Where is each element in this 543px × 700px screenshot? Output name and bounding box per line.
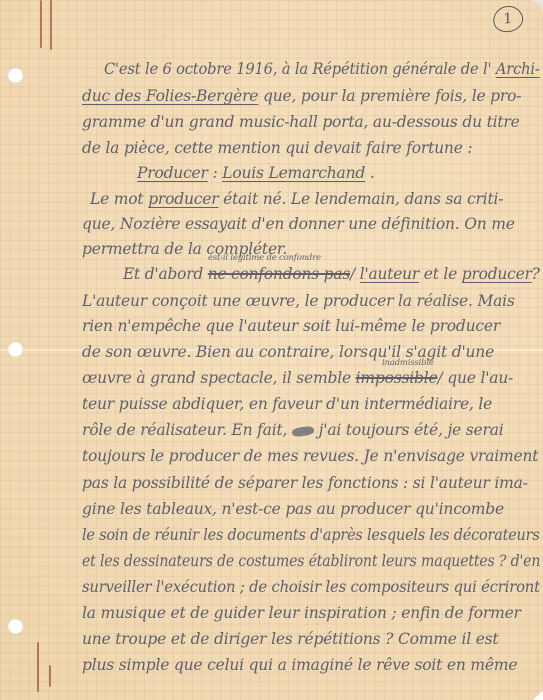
text-line: une troupe et de diriger les répétitions… [82, 630, 498, 648]
text-line: L'auteur conçoit une œuvre, le producer … [82, 292, 515, 310]
text-line: pas la possibilité de séparer les foncti… [82, 474, 528, 492]
text-line: que, Nozière essayait d'en donner une dé… [82, 215, 515, 233]
staple-mark [37, 642, 39, 692]
text-line: et les dessinateurs de costumes établiro… [82, 552, 540, 570]
text-line: C'est le 6 octobre 1916, à la Répétition… [104, 60, 540, 78]
text-line: Et d'abord ne confondons pas/ l'auteur e… [123, 265, 540, 283]
text-line: gramme d'un grand music-hall porta, au-d… [82, 113, 520, 131]
binder-hole-middle [8, 342, 23, 357]
text-line: de la pièce, cette mention qui devait fa… [82, 139, 472, 157]
interlinear-correction: est-il légitime de confondre [208, 253, 321, 263]
page-number: 1 [502, 10, 514, 28]
manuscript-page: 1 C'est le 6 octobre 1916, à la Répétiti… [0, 0, 543, 700]
staple-mark [40, 0, 42, 48]
page-corner [533, 690, 543, 700]
text-line: Le mot producer était né. Le lendemain, … [90, 190, 503, 208]
page-number-circle: 1 [491, 3, 526, 35]
text-line: teur puisse abdiquer, en faveur d'un int… [82, 395, 492, 413]
struck-text: impossible [356, 369, 438, 387]
text-line: surveiller l'exécution ; de choisir les … [82, 578, 540, 596]
text-line: œuvre à grand spectacle, il semble impos… [82, 369, 513, 387]
text-line: plus simple que celui qui a imaginé le r… [82, 656, 517, 674]
text-line: rien n'empêche que l'auteur soit lui-mêm… [82, 317, 500, 335]
struck-text: ne confondons pas [208, 265, 350, 283]
staple-mark [49, 665, 51, 687]
text-line: duc des Folies-Bergère que, pour la prem… [82, 87, 521, 105]
staple-mark [50, 0, 52, 50]
scribbled-out-word [291, 425, 314, 437]
text-line: la musique et de guider leur inspiration… [82, 604, 521, 622]
interlinear-correction: inadmissible [382, 358, 434, 368]
text-line: toujours le producer de mes revues. Je n… [82, 447, 538, 465]
text-line: Producer : Louis Lemarchand . [137, 164, 375, 182]
text-line: le soin de réunir les documents d'après … [82, 526, 540, 544]
binder-hole-bottom [8, 619, 23, 634]
text-line: gine les tableaux, n'est-ce pas au produ… [82, 500, 504, 518]
text-line: rôle de réalisateur. En fait, j'ai toujo… [82, 421, 504, 439]
binder-hole-top [8, 68, 23, 83]
